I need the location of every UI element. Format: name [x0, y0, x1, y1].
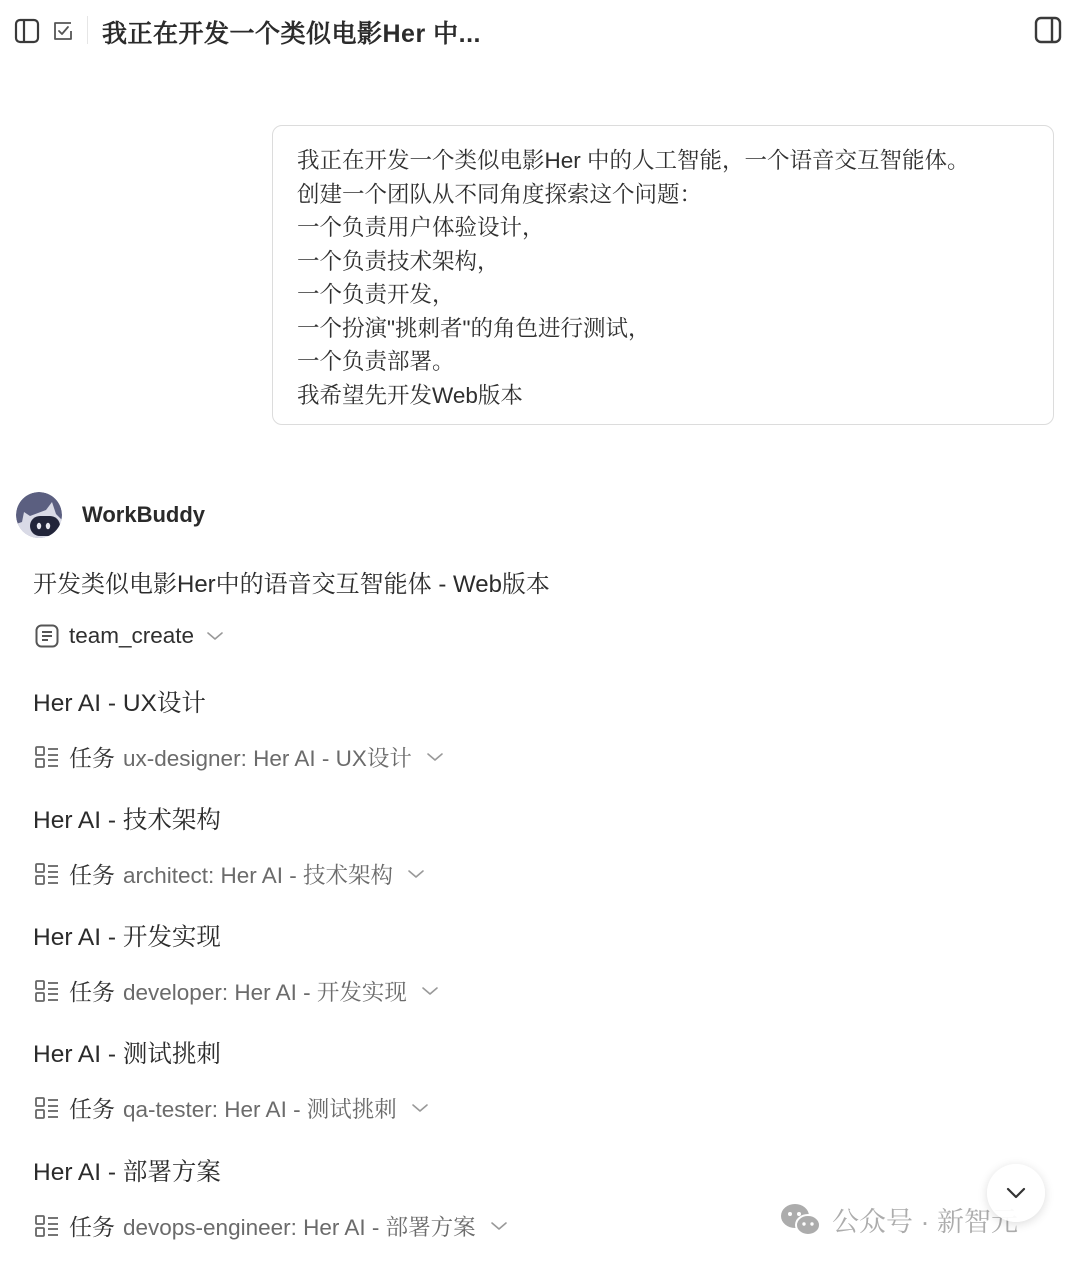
task-description: devops-engineer: Her AI - 部署方案	[123, 1210, 476, 1242]
section-title: Her AI - 测试挑刺	[33, 1035, 221, 1070]
task-list-icon	[33, 1212, 61, 1240]
task-list-icon	[33, 743, 61, 771]
task-keyword: 任务	[69, 1091, 115, 1124]
task-row-ux-designer[interactable]: 任务 ux-designer: Her AI - UX设计	[33, 740, 444, 773]
chevron-down-icon[interactable]	[411, 1099, 429, 1117]
task-list-icon	[33, 860, 61, 888]
message-line: 我希望先开发Web版本	[297, 379, 1029, 413]
assistant-name: WorkBuddy	[82, 502, 205, 528]
task-check-icon[interactable]	[48, 16, 78, 46]
scroll-to-bottom-button[interactable]	[987, 1164, 1045, 1222]
assistant-summary: 开发类似电影Her中的语音交互智能体 - Web版本	[33, 564, 550, 599]
message-line: 创建一个团队从不同角度探索这个问题：	[297, 178, 1029, 212]
chevron-down-icon[interactable]	[206, 627, 224, 645]
message-line: 一个负责开发，	[297, 278, 1029, 312]
task-row-architect[interactable]: 任务 architect: Her AI - 技术架构	[33, 857, 425, 890]
chevron-down-icon[interactable]	[407, 865, 425, 883]
avatar	[16, 492, 62, 538]
top-bar: 我正在开发一个类似电影Her 中...	[0, 0, 1080, 62]
wechat-icon	[780, 1202, 822, 1238]
message-line: 一个负责技术架构，	[297, 245, 1029, 279]
assistant-header: WorkBuddy	[16, 492, 205, 538]
task-description: developer: Her AI - 开发实现	[123, 975, 407, 1007]
message-line: 一个负责部署。	[297, 345, 1029, 379]
task-keyword: 任务	[69, 740, 115, 773]
watermark: 公众号 · 新智元	[780, 1200, 1018, 1239]
section-title: Her AI - UX设计	[33, 684, 206, 719]
section-title: Her AI - 开发实现	[33, 918, 221, 953]
conversation-title: 我正在开发一个类似电影Her 中...	[102, 14, 481, 50]
task-description: qa-tester: Her AI - 测试挑刺	[123, 1092, 397, 1124]
sidebar-toggle-icon[interactable]	[12, 16, 42, 46]
chevron-down-icon[interactable]	[490, 1217, 508, 1235]
message-line: 我正在开发一个类似电影Her 中的人工智能，一个语音交互智能体。	[297, 144, 1029, 178]
task-list-icon	[33, 977, 61, 1005]
tool-call-team-create[interactable]: team_create	[33, 622, 224, 650]
chevron-down-icon[interactable]	[426, 748, 444, 766]
user-message-bubble: 我正在开发一个类似电影Her 中的人工智能，一个语音交互智能体。 创建一个团队从…	[272, 125, 1054, 425]
toolbar-divider	[87, 16, 88, 44]
task-description: architect: Her AI - 技术架构	[123, 858, 393, 890]
task-keyword: 任务	[69, 974, 115, 1007]
chevron-down-icon[interactable]	[421, 982, 439, 1000]
tool-call-label: team_create	[69, 623, 194, 649]
section-title: Her AI - 技术架构	[33, 801, 221, 836]
message-line: 一个扮演"挑刺者"的角色进行测试，	[297, 312, 1029, 346]
right-panel-icon[interactable]	[1032, 14, 1064, 46]
message-line: 一个负责用户体验设计，	[297, 211, 1029, 245]
chevron-down-icon	[1005, 1186, 1027, 1200]
task-keyword: 任务	[69, 1209, 115, 1242]
task-list-icon	[33, 1094, 61, 1122]
task-row-devops-engineer[interactable]: 任务 devops-engineer: Her AI - 部署方案	[33, 1209, 508, 1242]
task-row-qa-tester[interactable]: 任务 qa-tester: Her AI - 测试挑刺	[33, 1091, 429, 1124]
task-keyword: 任务	[69, 857, 115, 890]
section-title: Her AI - 部署方案	[33, 1153, 221, 1188]
task-description: ux-designer: Her AI - UX设计	[123, 741, 412, 773]
document-icon	[33, 622, 61, 650]
task-row-developer[interactable]: 任务 developer: Her AI - 开发实现	[33, 974, 439, 1007]
